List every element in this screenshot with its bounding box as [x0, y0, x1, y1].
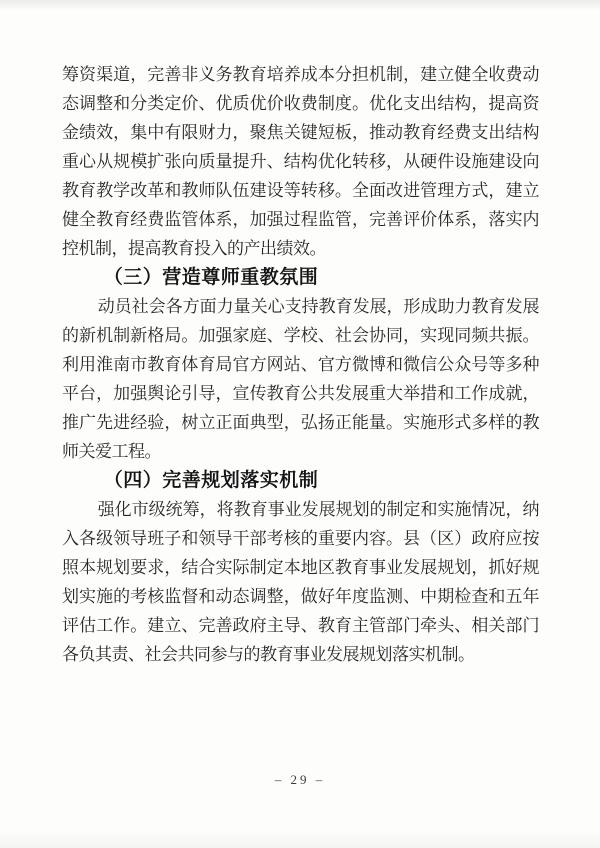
section-heading-3: （三）营造尊师重教氛围 — [62, 263, 539, 292]
page-number: – 29 – — [0, 772, 600, 788]
paragraph-respect-teachers: 动员社会各方面力量关心支持教育发展，形成助力教育发展的新机制新格局。加强家庭、学… — [62, 292, 539, 466]
section-heading-4: （四）完善规划落实机制 — [62, 466, 539, 495]
paragraph-planning-implementation: 强化市级统筹，将教育事业发展规划的制定和实施情况，纳入各级领导班子和领导干部考核… — [62, 495, 539, 669]
document-page: 筹资渠道，完善非义务教育培养成本分担机制，建立健全收费动态调整和分类定价、优质优… — [0, 0, 600, 848]
paragraph-funding-mechanism: 筹资渠道，完善非义务教育培养成本分担机制，建立健全收费动态调整和分类定价、优质优… — [62, 60, 539, 263]
document-body: 筹资渠道，完善非义务教育培养成本分担机制，建立健全收费动态调整和分类定价、优质优… — [62, 60, 539, 669]
